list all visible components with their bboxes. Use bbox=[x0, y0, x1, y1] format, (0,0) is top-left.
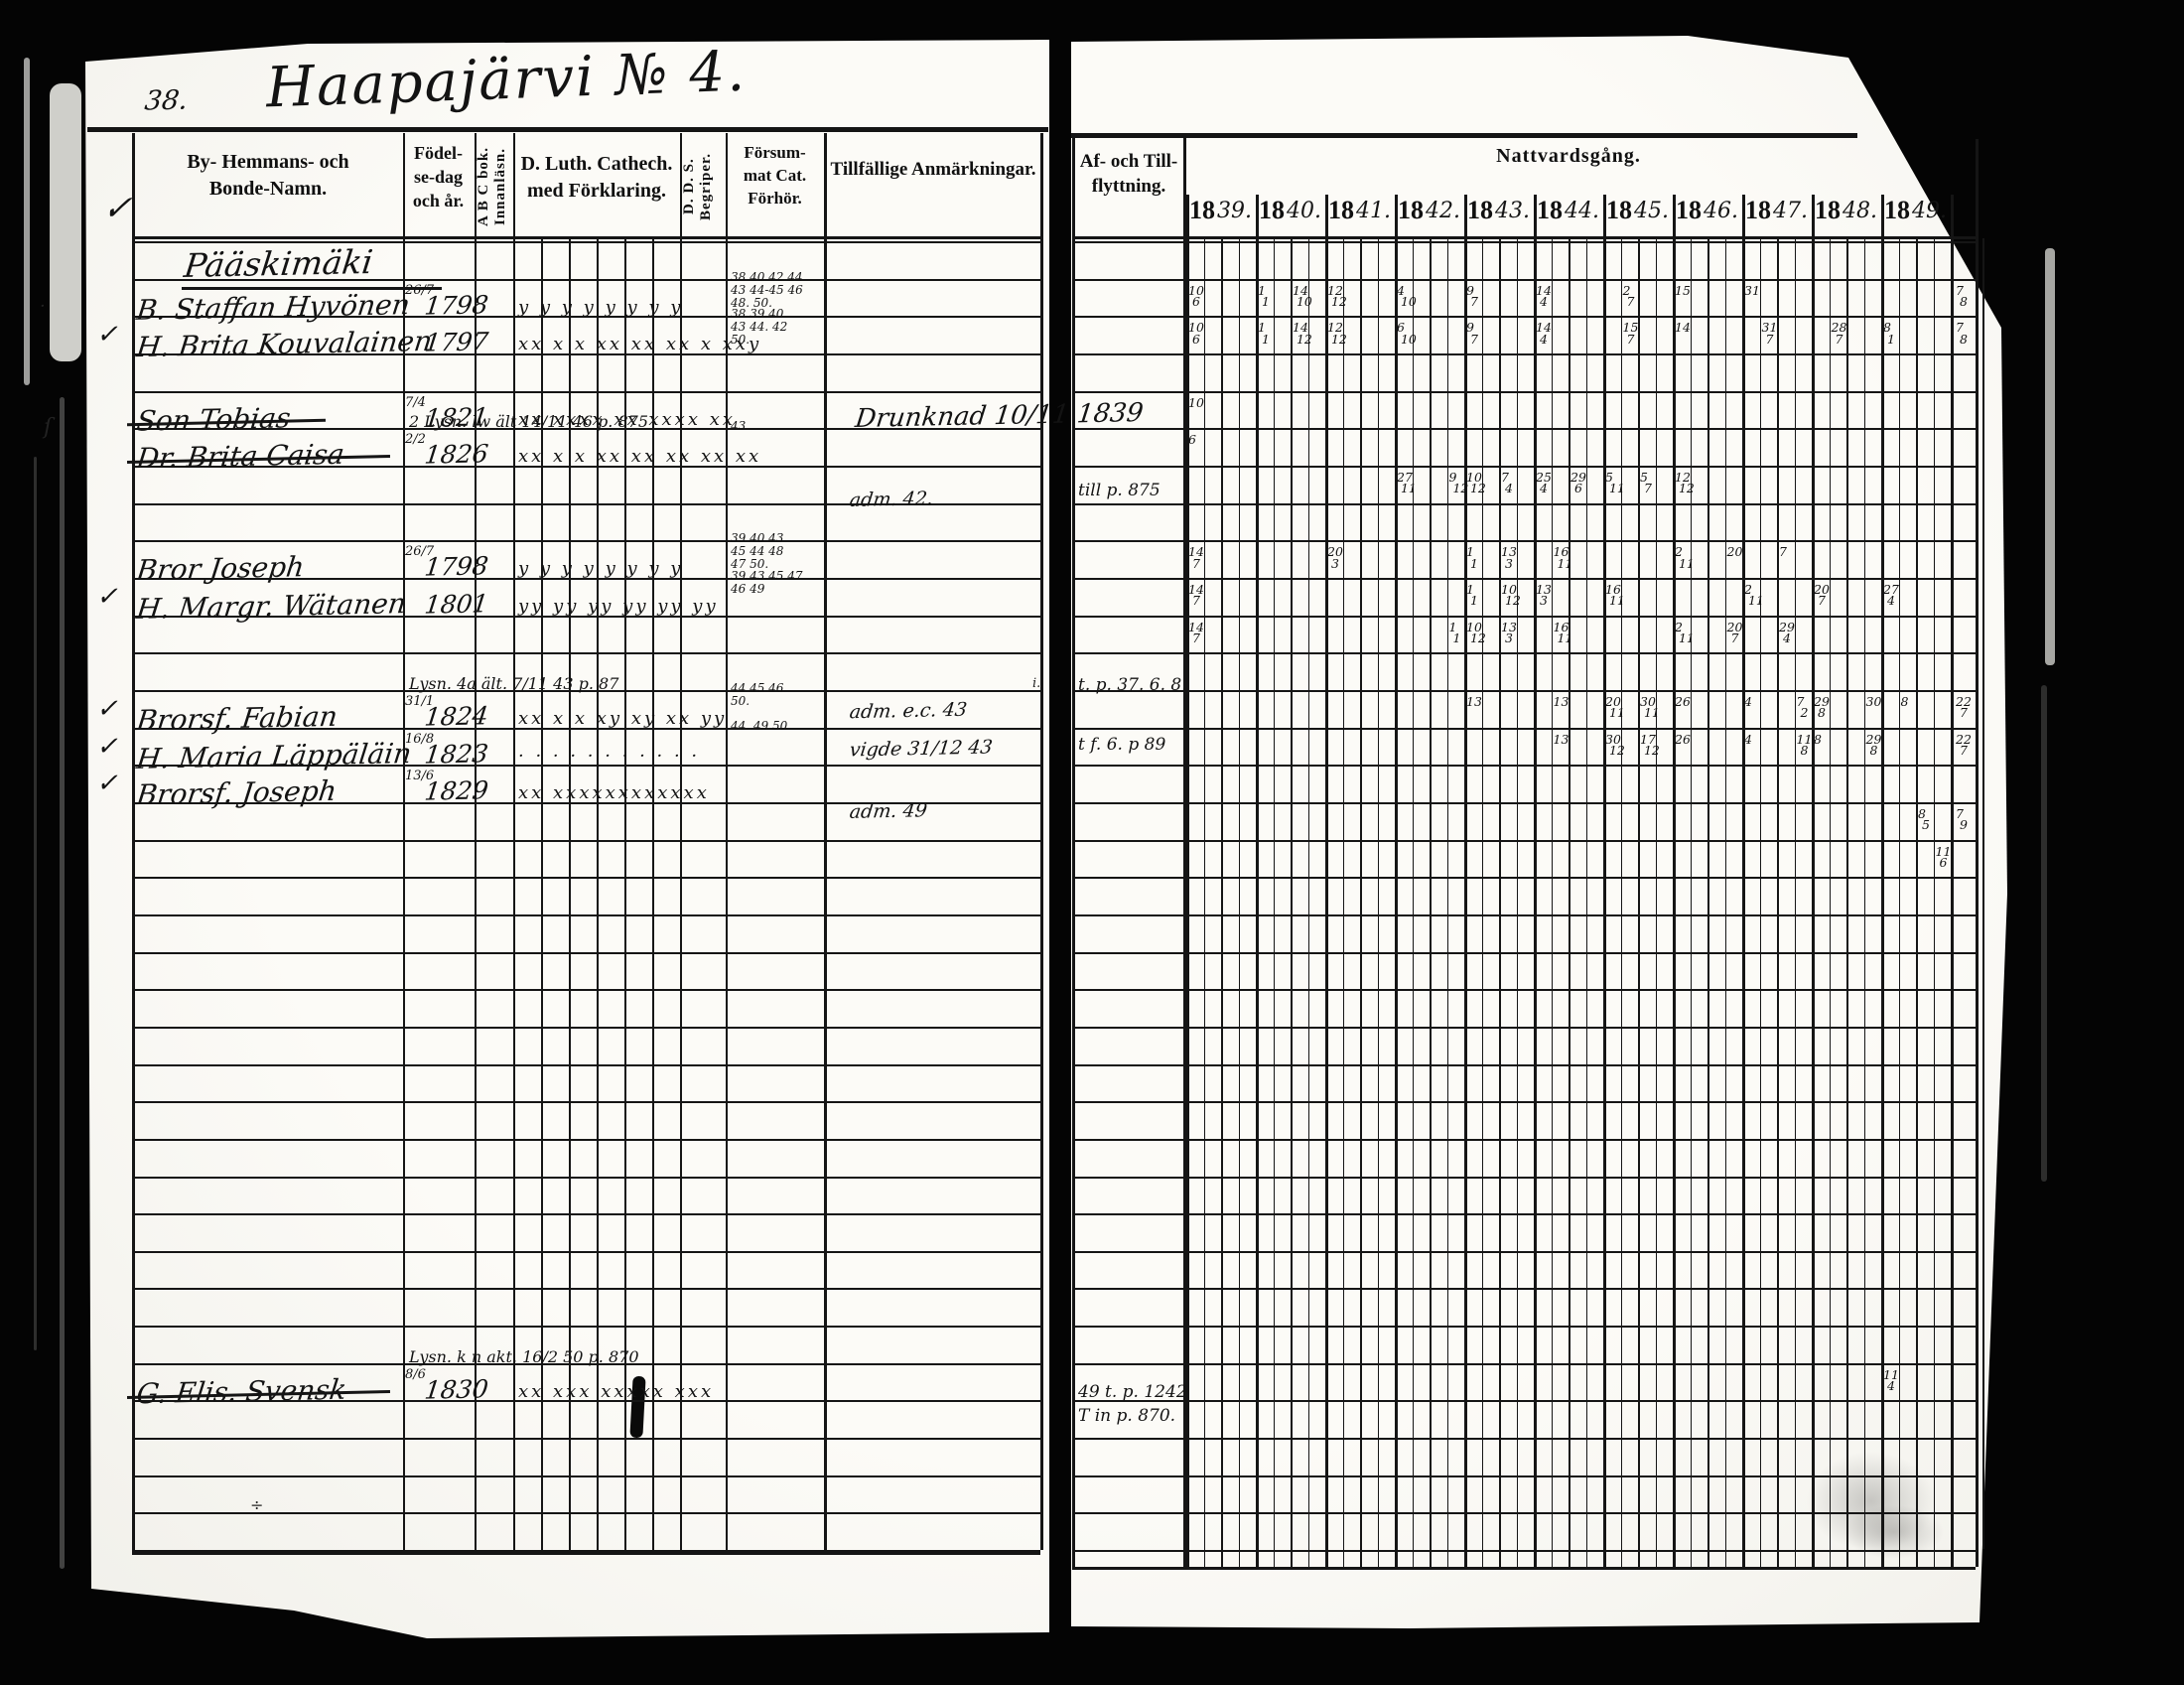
column-line bbox=[132, 133, 135, 1550]
grid-hline bbox=[132, 1027, 1040, 1029]
communion-subline bbox=[1360, 238, 1362, 1567]
communion-date: 14 7 bbox=[1188, 546, 1204, 569]
communion-date: 9 7 bbox=[1466, 285, 1478, 308]
year-label: 1848. bbox=[1815, 196, 1882, 235]
communion-subline bbox=[1291, 238, 1293, 1567]
communion-date: 30 12 bbox=[1605, 734, 1625, 757]
person-name: Brorsf. Joseph bbox=[135, 774, 339, 811]
header-abc-col: A B C bok. Innanläsn. bbox=[476, 137, 513, 236]
banns-note: Lysn. 4a ält. 7/11 43 p. 87 bbox=[409, 674, 618, 693]
communion-date: 13 3 bbox=[1501, 546, 1517, 569]
year-boundary-line bbox=[1256, 195, 1259, 1567]
communion-date: 29 8 bbox=[1866, 734, 1882, 757]
year-label-printed: 18 bbox=[1537, 196, 1563, 224]
grid-hline bbox=[1072, 690, 1976, 692]
missed-exam-years: 43 bbox=[731, 420, 746, 433]
communion-date: 13 bbox=[1554, 734, 1570, 746]
grid-hline bbox=[1072, 728, 1976, 730]
communion-date: 29 8 bbox=[1814, 696, 1830, 719]
communion-date: 13 3 bbox=[1536, 584, 1552, 607]
table-bottom-line bbox=[1072, 1567, 1976, 1570]
communion-date: 14 10 bbox=[1293, 285, 1312, 308]
grid-hline bbox=[1072, 765, 1976, 767]
communion-date: 1 1 bbox=[1466, 584, 1478, 607]
grid-hline bbox=[1072, 578, 1976, 580]
page-number: 38. bbox=[143, 85, 190, 117]
year-boundary-line bbox=[1325, 195, 1328, 1567]
grid-hline bbox=[1072, 877, 1976, 879]
communion-date: 30 bbox=[1866, 696, 1882, 708]
grid-hline bbox=[132, 1213, 1040, 1215]
communion-subline bbox=[1638, 238, 1640, 1567]
communion-date: 1 1 bbox=[1449, 622, 1461, 644]
communion-subline bbox=[1343, 238, 1345, 1567]
page-edge-line bbox=[1976, 139, 1979, 1567]
communion-subline bbox=[1413, 238, 1415, 1567]
communion-subline bbox=[1725, 238, 1727, 1567]
communion-date: 12 12 bbox=[1327, 322, 1347, 345]
communion-date: 8 1 bbox=[1883, 322, 1895, 345]
communion-date: 10 12 bbox=[1501, 584, 1521, 607]
header-bottom-line bbox=[132, 236, 1040, 239]
moving-note: till p. 875 bbox=[1078, 481, 1160, 500]
year-label: 1841. bbox=[1328, 196, 1396, 235]
grid-hline bbox=[132, 1139, 1040, 1141]
communion-date: 16 11 bbox=[1554, 622, 1573, 644]
grid-hline bbox=[1072, 391, 1976, 393]
communion-date: 5 7 bbox=[1640, 472, 1652, 494]
catechism-marks: xx x x xy xy xx yy bbox=[518, 708, 727, 729]
grid-hline bbox=[132, 914, 1040, 916]
year-label: 1842. bbox=[1398, 196, 1465, 235]
birth-year: 1797 bbox=[423, 328, 489, 357]
grid-hline bbox=[132, 652, 1040, 654]
stray-mark: ÷ bbox=[250, 1495, 263, 1514]
missed-exam-years: 38 39 40 43 44. 42 50. bbox=[731, 308, 787, 347]
spine-streak bbox=[34, 457, 37, 1350]
birth-day: 7/4 bbox=[405, 395, 426, 410]
grid-hline bbox=[132, 1101, 1040, 1103]
person-name: Brorsf. Fabian bbox=[135, 700, 340, 737]
communion-subline bbox=[1499, 238, 1501, 1567]
grid-hline bbox=[1072, 652, 1976, 654]
grid-hline bbox=[132, 540, 1040, 542]
grid-hline bbox=[1072, 353, 1976, 355]
column-line bbox=[1040, 133, 1043, 1550]
year-boundary-line bbox=[1812, 195, 1815, 1567]
year-label: 1846. bbox=[1676, 196, 1743, 235]
communion-subline bbox=[1274, 238, 1276, 1567]
communion-date: 8 bbox=[1814, 734, 1822, 746]
grid-hline bbox=[1072, 1213, 1976, 1215]
grid-hline bbox=[1072, 1512, 1976, 1514]
communion-date: 10 6 bbox=[1188, 285, 1204, 308]
grid-hline bbox=[1072, 1139, 1976, 1141]
grid-hline bbox=[1072, 952, 1976, 954]
birth-year: 1829 bbox=[423, 776, 489, 806]
communion-date: 27 11 bbox=[1397, 472, 1417, 494]
year-label-written: 48. bbox=[1843, 199, 1877, 223]
grid-hline bbox=[132, 1326, 1040, 1328]
communion-subline bbox=[1569, 238, 1570, 1567]
remark: adm. 42. bbox=[849, 488, 935, 511]
communion-subline bbox=[1308, 238, 1310, 1567]
grid-hline bbox=[132, 877, 1040, 879]
communion-subline bbox=[1447, 238, 1449, 1567]
year-label-printed: 18 bbox=[1398, 196, 1424, 224]
row-checkmark: ✓ bbox=[96, 320, 118, 350]
communion-subline bbox=[1846, 238, 1848, 1567]
year-label-written: 42. bbox=[1426, 199, 1460, 223]
grid-hline bbox=[1072, 1288, 1976, 1290]
communion-subline bbox=[1707, 238, 1709, 1567]
grid-hline bbox=[1072, 1064, 1976, 1066]
year-label-printed: 18 bbox=[1745, 196, 1771, 224]
grid-hline bbox=[1072, 1251, 1976, 1253]
year-label: 1840. bbox=[1259, 196, 1326, 235]
grid-hline bbox=[1072, 316, 1976, 318]
moving-note: t. p. 37. 6. 8. bbox=[1078, 675, 1187, 695]
catechism-marks: xx xxx xxxxx xxx bbox=[518, 1381, 714, 1402]
person-name: H. Margr. Wätanen bbox=[135, 587, 408, 626]
communion-date: 2 11 bbox=[1675, 622, 1695, 644]
grid-hline bbox=[1072, 989, 1976, 991]
catechism-marks: y y y y y y y y bbox=[518, 297, 683, 318]
communion-date: 14 bbox=[1675, 322, 1691, 334]
person-name: B. Staffan Hyvönen bbox=[135, 288, 412, 327]
catechism-marks: yy yy yy yy yy yy bbox=[518, 596, 719, 617]
communion-date: 20 7 bbox=[1814, 584, 1830, 607]
communion-subline bbox=[1430, 238, 1432, 1567]
village-name: Pääskimäki bbox=[182, 242, 374, 285]
year-label: 1844. bbox=[1537, 196, 1604, 235]
grid-hline bbox=[132, 391, 1040, 393]
catechism-marks: xx xxxxxxxxxxxx bbox=[518, 782, 710, 803]
communion-date: 12 12 bbox=[1327, 285, 1347, 308]
header-bottom-line bbox=[1072, 236, 1976, 239]
spine-streak bbox=[50, 83, 81, 361]
communion-date: 8 5 bbox=[1918, 808, 1930, 831]
right-top-rule bbox=[1071, 133, 1857, 138]
communion-date: 14 12 bbox=[1293, 322, 1312, 345]
header-moving-col: Af- och Till- flyttning. bbox=[1075, 149, 1182, 199]
year-boundary-line bbox=[1464, 195, 1467, 1567]
communion-subline bbox=[1760, 238, 1762, 1567]
spine-streak bbox=[60, 397, 65, 1569]
grid-hline bbox=[1072, 802, 1976, 804]
year-label: 1849. bbox=[1884, 196, 1952, 235]
communion-date: 22 7 bbox=[1956, 734, 1972, 757]
stray-mark: i. bbox=[1032, 676, 1040, 691]
communion-date: 29 6 bbox=[1570, 472, 1586, 494]
communion-date: 11 4 bbox=[1883, 1369, 1899, 1392]
birth-day: 8/6 bbox=[405, 1367, 426, 1382]
year-boundary-line bbox=[1395, 195, 1398, 1567]
communion-date: 7 8 bbox=[1956, 322, 1968, 345]
grid-hline bbox=[132, 1288, 1040, 1290]
communion-date: 14 7 bbox=[1188, 622, 1204, 644]
year-label-written: 45. bbox=[1634, 199, 1669, 223]
grid-hline bbox=[132, 1512, 1040, 1514]
year-label-printed: 18 bbox=[1884, 196, 1910, 224]
year-boundary-line bbox=[1603, 195, 1606, 1567]
communion-date: 2 7 bbox=[1623, 285, 1635, 308]
communion-subline bbox=[1795, 238, 1797, 1567]
birth-year: 1801 bbox=[423, 589, 489, 619]
communion-subline bbox=[1864, 238, 1866, 1567]
grid-hline bbox=[132, 1064, 1040, 1066]
grid-hline bbox=[1072, 1475, 1976, 1477]
year-label: 1847. bbox=[1745, 196, 1813, 235]
grid-hline bbox=[1072, 1326, 1976, 1328]
year-boundary-line bbox=[1534, 195, 1537, 1567]
year-label: 1845. bbox=[1606, 196, 1674, 235]
year-label-written: 39. bbox=[1217, 199, 1252, 223]
header-catechism-col: D. Luth. Cathech. med Förklaring. bbox=[513, 151, 680, 205]
communion-date: 13 bbox=[1554, 696, 1570, 708]
communion-date: 10 12 bbox=[1466, 622, 1486, 644]
communion-date: 7 9 bbox=[1956, 808, 1968, 831]
grid-hline bbox=[1072, 1550, 1976, 1552]
grid-hline bbox=[1072, 1438, 1976, 1440]
missed-exam-years: 39 43 45 47 46 49 bbox=[731, 570, 803, 596]
communion-date: 1 1 bbox=[1466, 546, 1478, 569]
communion-date: 8 bbox=[1901, 696, 1909, 708]
communion-date: 26 bbox=[1675, 696, 1691, 708]
grid-hline bbox=[1072, 241, 1976, 243]
grid-hline bbox=[1072, 1363, 1976, 1365]
communion-date: 27 4 bbox=[1883, 584, 1899, 607]
communion-date: 7 8 bbox=[1956, 285, 1968, 308]
communion-subline bbox=[1552, 238, 1554, 1567]
grid-hline bbox=[1072, 1400, 1976, 1402]
page-edge-line bbox=[1982, 238, 1984, 1549]
grid-hline bbox=[1072, 914, 1976, 916]
scanned-parish-register: 38. Haapajärvi № 4. By- Hemmans- och Bon… bbox=[0, 0, 2184, 1685]
missed-exam-years: 44 45 46 50. bbox=[731, 682, 783, 708]
communion-date: 14 4 bbox=[1536, 322, 1552, 345]
communion-date: 13 bbox=[1466, 696, 1482, 708]
communion-date: 2 11 bbox=[1744, 584, 1764, 607]
catechism-marks: · · · · · · · · · · · bbox=[518, 746, 700, 767]
communion-date: 7 bbox=[1779, 546, 1787, 558]
communion-date: 20 3 bbox=[1327, 546, 1343, 569]
communion-date: 12 12 bbox=[1675, 472, 1695, 494]
catechism-subline bbox=[652, 237, 654, 1550]
communion-subline bbox=[1691, 238, 1693, 1567]
year-label-printed: 18 bbox=[1676, 196, 1702, 224]
grid-hline bbox=[132, 1177, 1040, 1179]
communion-date: 2 11 bbox=[1675, 546, 1695, 569]
stray-mark: ſ bbox=[44, 415, 52, 440]
grid-hline bbox=[1072, 616, 1976, 618]
communion-date: 9 7 bbox=[1466, 322, 1478, 345]
birth-year: 1798 bbox=[423, 290, 489, 320]
missed-exam-years: 39 40 43 45 44 48 47 50. bbox=[731, 532, 783, 571]
stray-mark: · bbox=[40, 296, 46, 317]
communion-date: 16 11 bbox=[1554, 546, 1573, 569]
year-label-printed: 18 bbox=[1467, 196, 1493, 224]
year-label-written: 44. bbox=[1565, 199, 1599, 223]
communion-date: 7 4 bbox=[1501, 472, 1513, 494]
communion-subline bbox=[1482, 238, 1484, 1567]
row-checkmark: ✓ bbox=[96, 769, 118, 798]
year-boundary-line bbox=[1951, 195, 1954, 1567]
person-name: H. Brita Kouvalainen bbox=[135, 325, 435, 363]
grid-hline bbox=[1072, 503, 1976, 505]
communion-subline bbox=[1830, 238, 1832, 1567]
grid-hline bbox=[1072, 466, 1976, 468]
banns-note: 2 Lysn. lw ält 14/11 46 p. 875 bbox=[409, 412, 648, 431]
communion-date: 4 bbox=[1744, 734, 1752, 746]
birth-day: 2/2 bbox=[405, 432, 426, 447]
communion-date: 29 4 bbox=[1779, 622, 1795, 644]
year-boundary-line bbox=[1742, 195, 1745, 1567]
catechism-marks: xx x x xx xx xx xx xx bbox=[518, 446, 761, 467]
communion-date: 31 7 bbox=[1762, 322, 1778, 345]
communion-date: 6 10 bbox=[1397, 322, 1417, 345]
banns-note: Lysn. k n akt. 16/2 50 p. 870 bbox=[409, 1347, 639, 1366]
communion-date: 1 1 bbox=[1258, 322, 1270, 345]
moving-note: T in p. 870. bbox=[1078, 1406, 1175, 1426]
year-label-written: 46. bbox=[1704, 199, 1738, 223]
catechism-marks: y y y y y y y y bbox=[518, 558, 683, 579]
communion-date: 16 11 bbox=[1605, 584, 1625, 607]
communion-date: 20 11 bbox=[1605, 696, 1625, 719]
grid-hline bbox=[132, 952, 1040, 954]
communion-date: 10 12 bbox=[1466, 472, 1486, 494]
header-name-col: By- Hemmans- och Bonde-Namn. bbox=[135, 149, 401, 203]
birth-year: 1824 bbox=[423, 701, 489, 731]
page-edge-sliver bbox=[2045, 248, 2055, 665]
communion-subline bbox=[1934, 238, 1936, 1567]
grid-hline bbox=[1072, 540, 1976, 542]
village-checkmark: ✓ bbox=[101, 189, 134, 229]
year-boundary-line bbox=[1673, 195, 1676, 1567]
year-label-written: 49. bbox=[1912, 199, 1947, 223]
grid-hline bbox=[1072, 428, 1976, 430]
moving-note: t f. 6. p 89 bbox=[1078, 735, 1165, 755]
title-rule bbox=[87, 127, 1048, 132]
birth-year: 1798 bbox=[423, 552, 489, 582]
remark: Drunknad 10/11 1839 bbox=[854, 398, 1145, 434]
communion-date: 22 7 bbox=[1956, 696, 1972, 719]
communion-date: 11 6 bbox=[1936, 846, 1952, 869]
communion-date: 26 bbox=[1675, 734, 1691, 746]
communion-date: 15 bbox=[1675, 285, 1691, 297]
communion-date: 10 bbox=[1188, 397, 1204, 409]
grid-hline bbox=[132, 1475, 1040, 1477]
header-communion-col: Nattvardsgång. bbox=[1186, 145, 1951, 168]
birth-year: 1826 bbox=[423, 440, 489, 470]
remark: vigde 31/12 43 bbox=[848, 736, 993, 761]
communion-subline bbox=[1916, 238, 1918, 1567]
communion-subline bbox=[1586, 238, 1588, 1567]
table-bottom-line bbox=[132, 1552, 1040, 1555]
header-birth-col: Födel- se-dag och år. bbox=[403, 141, 474, 212]
communion-date: 4 bbox=[1744, 696, 1752, 708]
communion-date: 5 11 bbox=[1605, 472, 1625, 494]
grid-hline bbox=[1072, 1177, 1976, 1179]
year-label-written: 41. bbox=[1356, 199, 1391, 223]
communion-date: 6 bbox=[1188, 434, 1196, 446]
remark: adm. e.c. 43 bbox=[849, 699, 969, 723]
page-edge-sliver bbox=[2041, 685, 2047, 1182]
communion-subline bbox=[1656, 238, 1658, 1567]
grid-hline bbox=[132, 1251, 1040, 1253]
year-label: 1843. bbox=[1467, 196, 1535, 235]
communion-date: 28 7 bbox=[1832, 322, 1847, 345]
communion-subline bbox=[1378, 238, 1380, 1567]
communion-date: 11 8 bbox=[1797, 734, 1813, 757]
header-missed-col: Försum- mat Cat. Förhör. bbox=[726, 141, 824, 210]
header-remarks-col: Tillfällige Anmärkningar. bbox=[826, 159, 1040, 181]
person-name: Bror Joseph bbox=[135, 551, 306, 588]
communion-date: 20 bbox=[1727, 546, 1743, 558]
grid-hline bbox=[132, 1438, 1040, 1440]
communion-date: 31 bbox=[1744, 285, 1760, 297]
communion-date: 4 10 bbox=[1397, 285, 1417, 308]
year-label-written: 47. bbox=[1773, 199, 1808, 223]
row-checkmark: ✓ bbox=[96, 582, 118, 612]
communion-date: 14 4 bbox=[1536, 285, 1552, 308]
communion-subline bbox=[1517, 238, 1519, 1567]
year-label-written: 40. bbox=[1287, 199, 1321, 223]
year-label-printed: 18 bbox=[1328, 196, 1354, 224]
year-label-printed: 18 bbox=[1606, 196, 1632, 224]
row-checkmark: ✓ bbox=[96, 694, 118, 724]
spine-streak bbox=[24, 58, 30, 385]
person-name: H. Maria Läppäläin bbox=[135, 737, 414, 775]
year-label-printed: 18 bbox=[1259, 196, 1285, 224]
grid-hline bbox=[132, 840, 1040, 842]
birth-year: 1830 bbox=[423, 1374, 489, 1404]
year-label: 1839. bbox=[1189, 196, 1257, 235]
communion-subline bbox=[1204, 238, 1206, 1567]
grid-hline bbox=[132, 241, 1040, 243]
column-line bbox=[513, 133, 515, 1550]
communion-subline bbox=[1621, 238, 1623, 1567]
communion-subline bbox=[1239, 238, 1241, 1567]
communion-date: 13 3 bbox=[1501, 622, 1517, 644]
communion-date: 17 12 bbox=[1640, 734, 1660, 757]
grid-hline bbox=[1072, 279, 1976, 281]
remark: adm. 49 bbox=[849, 799, 929, 823]
communion-date: 1 1 bbox=[1258, 285, 1270, 308]
row-checkmark: ✓ bbox=[96, 732, 118, 762]
communion-date: 10 6 bbox=[1188, 322, 1204, 345]
year-label-printed: 18 bbox=[1189, 196, 1215, 224]
grid-hline bbox=[1072, 1027, 1976, 1029]
grid-hline bbox=[132, 989, 1040, 991]
communion-subline bbox=[1777, 238, 1779, 1567]
catechism-marks: xx x x xx xx xx x xxy bbox=[518, 334, 761, 354]
communion-date: 14 7 bbox=[1188, 584, 1204, 607]
birth-year: 1823 bbox=[423, 739, 489, 769]
missed-exam-years: 44. 49 50 bbox=[731, 720, 787, 733]
grid-hline bbox=[1072, 840, 1976, 842]
header-dds-col: D. D. S. Begriper. bbox=[681, 137, 725, 236]
grid-hline bbox=[1072, 1101, 1976, 1103]
communion-subline bbox=[1221, 238, 1223, 1567]
moving-note: 49 t. p. 1242 bbox=[1078, 1382, 1187, 1402]
communion-date: 15 7 bbox=[1623, 322, 1639, 345]
column-line bbox=[824, 133, 827, 1550]
communion-date: 30 11 bbox=[1640, 696, 1660, 719]
year-boundary-line bbox=[1881, 195, 1884, 1567]
missed-exam-years: 38 40 42 44 43 44-45 46 48. 50. bbox=[731, 271, 803, 310]
year-label-written: 43. bbox=[1495, 199, 1530, 223]
